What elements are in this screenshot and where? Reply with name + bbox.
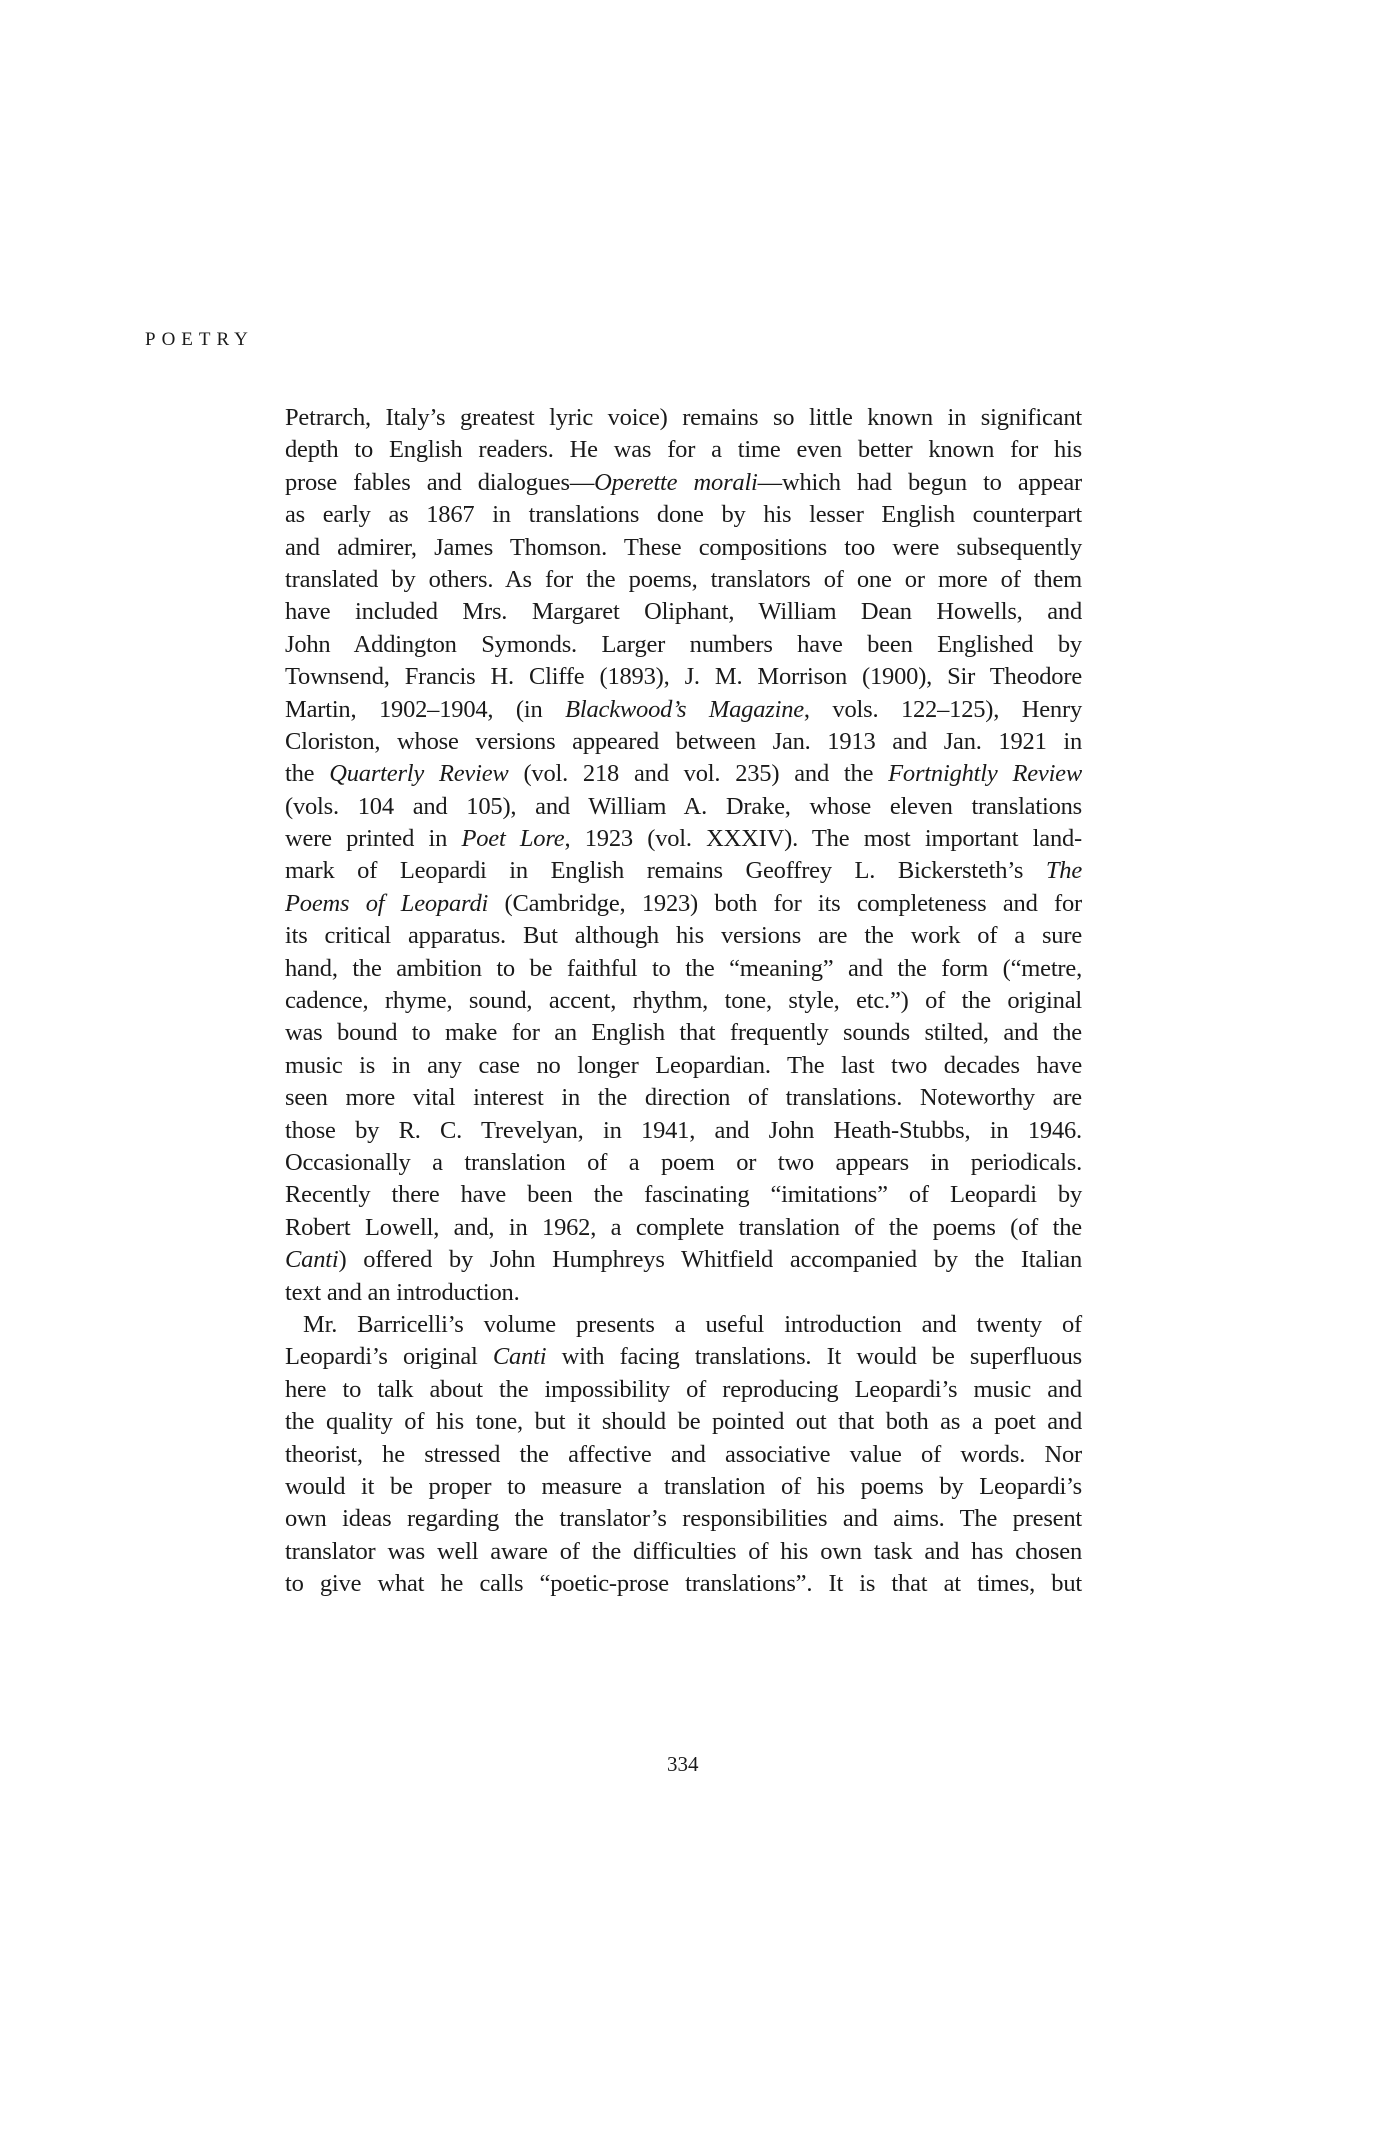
text-run: , vols. 122–125), Henry bbox=[804, 696, 1082, 723]
text-line: translated by others. As for the poems, … bbox=[285, 564, 1082, 596]
text-line: here to talk about the impossibility of … bbox=[285, 1374, 1082, 1406]
text-run: here to talk about the impossibility of … bbox=[285, 1376, 1082, 1403]
text-line: Cloriston, whose versions appeared betwe… bbox=[285, 726, 1082, 758]
text-line: theorist, he stressed the affective and … bbox=[285, 1439, 1082, 1471]
text-line: the Quarterly Review (vol. 218 and vol. … bbox=[285, 758, 1082, 790]
text-run: were printed in bbox=[285, 825, 461, 852]
text-run: Leopardi’s original bbox=[285, 1343, 493, 1370]
text-run: cadence, rhyme, sound, accent, rhythm, t… bbox=[285, 987, 1082, 1014]
text-run: Cloriston, whose versions appeared betwe… bbox=[285, 728, 1082, 755]
text-run: John Addington Symonds. Larger numbers h… bbox=[285, 631, 1082, 658]
text-line: was bound to make for an English that fr… bbox=[285, 1017, 1082, 1049]
text-run: ) offered by John Humphreys Whitfield ac… bbox=[338, 1246, 1082, 1273]
text-run: Mr. Barricelli’s volume presents a usefu… bbox=[303, 1311, 1082, 1338]
text-run: Recently there have been the fascinating… bbox=[285, 1181, 1082, 1208]
text-run: translated by others. As for the poems, … bbox=[285, 566, 1082, 593]
body-text: Petrarch, Italy’s greatest lyric voice) … bbox=[285, 402, 1082, 1600]
text-run: , 1923 (vol. XXXIV). The most important … bbox=[564, 825, 1082, 852]
text-line: Martin, 1902–1904, (in Blackwood’s Magaz… bbox=[285, 694, 1082, 726]
text-run: hand, the ambition to be faithful to the… bbox=[285, 955, 1082, 982]
text-line: depth to English readers. He was for a t… bbox=[285, 434, 1082, 466]
text-line: the quality of his tone, but it should b… bbox=[285, 1406, 1082, 1438]
running-head: POETRY bbox=[145, 329, 254, 351]
text-line: and admirer, James Thomson. These compos… bbox=[285, 532, 1082, 564]
text-line: Recently there have been the fascinating… bbox=[285, 1179, 1082, 1211]
text-line: Poems of Leopardi (Cambridge, 1923) both… bbox=[285, 888, 1082, 920]
paragraph: Petrarch, Italy’s greatest lyric voice) … bbox=[285, 402, 1082, 1309]
page-number: 334 bbox=[667, 1752, 699, 1777]
text-run: to give what he calls “poetic-prose tran… bbox=[285, 1570, 1082, 1597]
text-run: Occasionally a translation of a poem or … bbox=[285, 1149, 1082, 1176]
italic-title: Blackwood’s Magazine bbox=[565, 696, 804, 723]
text-run: —which had begun to appear bbox=[758, 469, 1082, 496]
text-line: hand, the ambition to be faithful to the… bbox=[285, 953, 1082, 985]
text-run: the quality of his tone, but it should b… bbox=[285, 1408, 1082, 1435]
text-line: cadence, rhyme, sound, accent, rhythm, t… bbox=[285, 985, 1082, 1017]
italic-title: The bbox=[1046, 857, 1082, 884]
text-run: translator was well aware of the difficu… bbox=[285, 1538, 1082, 1565]
text-run: theorist, he stressed the affective and … bbox=[285, 1441, 1082, 1468]
text-run: have included Mrs. Margaret Oliphant, Wi… bbox=[285, 598, 1082, 625]
text-line: music is in any case no longer Leopardia… bbox=[285, 1050, 1082, 1082]
text-line: were printed in Poet Lore, 1923 (vol. XX… bbox=[285, 823, 1082, 855]
text-line: (vols. 104 and 105), and William A. Drak… bbox=[285, 791, 1082, 823]
text-line: prose fables and dialogues—Operette mora… bbox=[285, 467, 1082, 499]
italic-title: Poems of Leopardi bbox=[285, 890, 488, 917]
text-line: its critical apparatus. But although his… bbox=[285, 920, 1082, 952]
text-run: text and an introduction. bbox=[285, 1279, 520, 1306]
text-line: own ideas regarding the translator’s res… bbox=[285, 1503, 1082, 1535]
text-run: would it be proper to measure a translat… bbox=[285, 1473, 1082, 1500]
text-run: was bound to make for an English that fr… bbox=[285, 1019, 1082, 1046]
text-line: text and an introduction. bbox=[285, 1277, 1082, 1309]
text-line: seen more vital interest in the directio… bbox=[285, 1082, 1082, 1114]
italic-title: Poet Lore bbox=[461, 825, 564, 852]
text-line: translator was well aware of the difficu… bbox=[285, 1536, 1082, 1568]
italic-title: Quarterly Review bbox=[329, 760, 508, 787]
text-line: Leopardi’s original Canti with facing tr… bbox=[285, 1341, 1082, 1373]
text-run: Petrarch, Italy’s greatest lyric voice) … bbox=[285, 404, 1082, 431]
text-run: Robert Lowell, and, in 1962, a complete … bbox=[285, 1214, 1082, 1241]
italic-title: Fortnightly Review bbox=[888, 760, 1082, 787]
text-run: own ideas regarding the translator’s res… bbox=[285, 1505, 1082, 1532]
text-line: Robert Lowell, and, in 1962, a complete … bbox=[285, 1212, 1082, 1244]
text-line: mark of Leopardi in English remains Geof… bbox=[285, 855, 1082, 887]
text-line: John Addington Symonds. Larger numbers h… bbox=[285, 629, 1082, 661]
paragraph: Mr. Barricelli’s volume presents a usefu… bbox=[285, 1309, 1082, 1601]
text-run: prose fables and dialogues— bbox=[285, 469, 594, 496]
text-run: seen more vital interest in the directio… bbox=[285, 1084, 1082, 1111]
text-line: as early as 1867 in translations done by… bbox=[285, 499, 1082, 531]
text-line: have included Mrs. Margaret Oliphant, Wi… bbox=[285, 596, 1082, 628]
text-line: Mr. Barricelli’s volume presents a usefu… bbox=[285, 1309, 1082, 1341]
text-line: those by R. C. Trevelyan, in 1941, and J… bbox=[285, 1115, 1082, 1147]
text-run: mark of Leopardi in English remains Geof… bbox=[285, 857, 1046, 884]
text-run: (Cambridge, 1923) both for its completen… bbox=[488, 890, 1082, 917]
text-line: to give what he calls “poetic-prose tran… bbox=[285, 1568, 1082, 1600]
italic-title: Canti bbox=[493, 1343, 546, 1370]
text-run: depth to English readers. He was for a t… bbox=[285, 436, 1082, 463]
text-run: and admirer, James Thomson. These compos… bbox=[285, 534, 1082, 561]
text-line: Townsend, Francis H. Cliffe (1893), J. M… bbox=[285, 661, 1082, 693]
text-line: Petrarch, Italy’s greatest lyric voice) … bbox=[285, 402, 1082, 434]
italic-title: Canti bbox=[285, 1246, 338, 1273]
text-run: Martin, 1902–1904, (in bbox=[285, 696, 565, 723]
text-run: its critical apparatus. But although his… bbox=[285, 922, 1082, 949]
text-line: would it be proper to measure a translat… bbox=[285, 1471, 1082, 1503]
text-run: the bbox=[285, 760, 329, 787]
text-line: Canti) offered by John Humphreys Whitfie… bbox=[285, 1244, 1082, 1276]
text-run: (vols. 104 and 105), and William A. Drak… bbox=[285, 793, 1082, 820]
text-run: (vol. 218 and vol. 235) and the bbox=[509, 760, 889, 787]
text-run: as early as 1867 in translations done by… bbox=[285, 501, 1082, 528]
text-run: with facing translations. It would be su… bbox=[546, 1343, 1082, 1370]
italic-title: Operette morali bbox=[594, 469, 758, 496]
text-run: music is in any case no longer Leopardia… bbox=[285, 1052, 1082, 1079]
text-run: those by R. C. Trevelyan, in 1941, and J… bbox=[285, 1117, 1082, 1144]
text-run: Townsend, Francis H. Cliffe (1893), J. M… bbox=[285, 663, 1082, 690]
text-line: Occasionally a translation of a poem or … bbox=[285, 1147, 1082, 1179]
